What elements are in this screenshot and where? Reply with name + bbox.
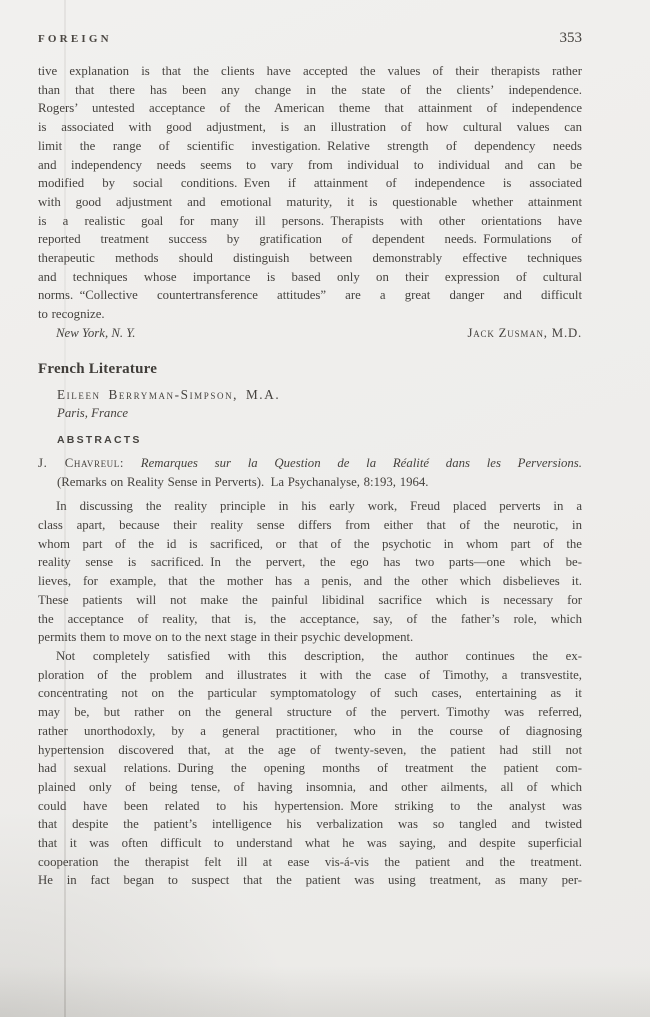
scanned-journal-page: FOREIGN 353 tive explanation is that the… xyxy=(0,0,650,1017)
page-number: 353 xyxy=(560,30,583,47)
text-line: modified by social conditions. Even if a… xyxy=(38,174,582,193)
text-line: class apart, because their reality sense… xyxy=(38,516,582,535)
paragraph: Not completely satisfied with this descr… xyxy=(38,647,582,890)
text-line: He in fact began to suspect that the pat… xyxy=(38,871,582,890)
text-line: reality sense is sacrificed. In the perv… xyxy=(38,553,582,572)
text-line: is a realistic goal for many ill persons… xyxy=(38,212,582,231)
text-line: permits them to move on to the next stag… xyxy=(38,628,582,647)
text-line: Rogers’ untested acceptance of the Ameri… xyxy=(38,99,582,118)
citation-text: J. Chavreul: xyxy=(38,456,124,470)
text-line: concentrating not on the particular symp… xyxy=(38,684,582,703)
text-line: tive explanation is that the clients hav… xyxy=(38,62,582,81)
text-line: norms. “Collective countertransference a… xyxy=(38,286,582,305)
citation-text: Remarques sur la Question de la Réalité … xyxy=(141,456,582,470)
text-line: that it was often difficult to understan… xyxy=(38,834,582,853)
text-line: had sexual relations. During the opening… xyxy=(38,759,582,778)
citation: J. Chavreul: Remarques sur la Question d… xyxy=(38,454,582,491)
text-line: rather unorthodoxly, by a general practi… xyxy=(38,722,582,741)
section-heading: French Literature xyxy=(38,359,582,379)
citation-text xyxy=(124,456,141,470)
citation-text: (Remarks on Reality Sense in Perverts). … xyxy=(57,475,429,489)
text-line: lieves, for example, that the mother has… xyxy=(38,572,582,591)
text-line: than that there has been any change in t… xyxy=(38,81,582,100)
text-line: is associated with good adjustment, is a… xyxy=(38,118,582,137)
signature-line: New York, N. Y.Jack Zusman, M.D. xyxy=(38,324,582,343)
text-line: that despite the patient’s intelligence … xyxy=(38,815,582,834)
author-place: Paris, France xyxy=(38,404,582,423)
page-body: tive explanation is that the clients hav… xyxy=(38,62,582,890)
text-line: In discussing the reality principle in h… xyxy=(38,497,582,516)
text-line: the acceptance of reality, that is, the … xyxy=(38,610,582,629)
text-line: ploration of the problem and illustrates… xyxy=(38,666,582,685)
text-line: hypertension discovered that, at the age… xyxy=(38,741,582,760)
text-line: reported treatment success by gratificat… xyxy=(38,230,582,249)
text-line: and techniques whose importance is based… xyxy=(38,268,582,287)
text-line: These patients will not make the painful… xyxy=(38,591,582,610)
text-line: limit the range of scientific investigat… xyxy=(38,137,582,156)
text-line: to recognize. xyxy=(38,305,582,324)
page-header: FOREIGN 353 xyxy=(38,30,582,48)
text-line: Not completely satisfied with this descr… xyxy=(38,647,582,666)
text-line: could have been related to his hypertens… xyxy=(38,797,582,816)
citation-line: (Remarks on Reality Sense in Perverts). … xyxy=(38,473,582,492)
text-line: plained only of being tense, of having i… xyxy=(38,778,582,797)
text-line: therapeutic methods should distinguish b… xyxy=(38,249,582,268)
text-line: may be, but rather on the general struct… xyxy=(38,703,582,722)
abstracts-subheading: ABSTRACTS xyxy=(38,432,582,448)
signature-author: Jack Zusman, M.D. xyxy=(467,324,582,343)
text-line: with good adjustment and emotional matur… xyxy=(38,193,582,212)
paragraph: tive explanation is that the clients hav… xyxy=(38,62,582,324)
author-name: Eileen Berryman-Simpson, M.A. xyxy=(38,386,582,405)
citation-line: J. Chavreul: Remarques sur la Question d… xyxy=(38,454,582,473)
text-line: and independency needs seems to vary fro… xyxy=(38,156,582,175)
text-line: whom part of the id is sacrificed, or th… xyxy=(38,535,582,554)
signature-place: New York, N. Y. xyxy=(38,324,135,343)
running-head: FOREIGN xyxy=(38,33,112,45)
text-line: cooperation the therapist felt ill at ea… xyxy=(38,853,582,872)
paragraph: In discussing the reality principle in h… xyxy=(38,497,582,647)
